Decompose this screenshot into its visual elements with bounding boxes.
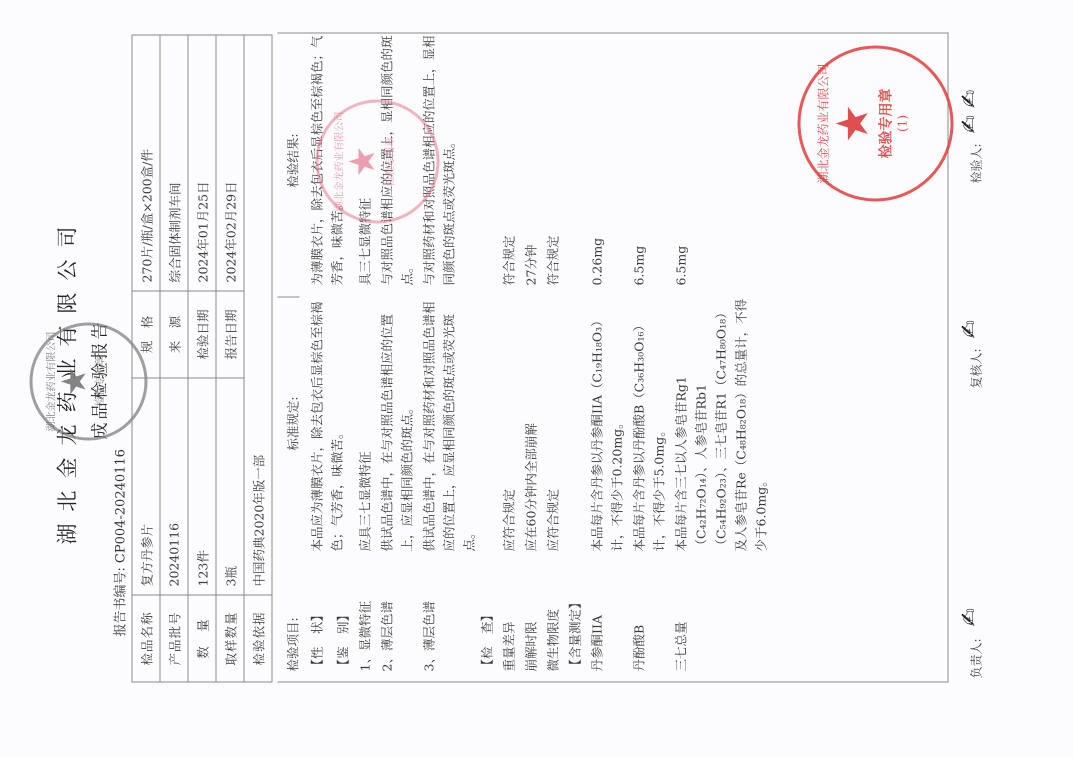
test-standard: 本品应为薄膜衣片，除去包衣后显棕色至棕褐色；气芳香，味微苦。 <box>308 296 348 552</box>
test-item: 2、薄层色谱 <box>378 562 398 672</box>
batch-number: 20240116 <box>160 378 188 595</box>
star-icon: ★ <box>58 326 92 438</box>
test-standard: 应符合规定 <box>544 296 564 552</box>
test-result: 6.5mg <box>672 36 692 286</box>
test-standard: 供试品色谱中，在与对照品色谱相应的位置上，应显相同颜色的斑点。 <box>378 296 418 552</box>
inspection-basis: 中国药典2020年版一部 <box>244 35 272 595</box>
reviewer-signature: ✍ <box>958 320 983 338</box>
test-item: 丹参酮IIA <box>588 562 608 672</box>
header-seal: 湖北金龙药业有限公司 ★ 检验专用章 <box>30 323 148 441</box>
test-result: 6.5mg <box>630 36 650 286</box>
report-date: 2024年02月29日 <box>216 35 244 291</box>
inspection-date: 2024年01月25日 <box>188 35 216 291</box>
column-header-item: 检验项目: <box>284 562 304 672</box>
test-item: 崩解时限 <box>522 562 542 672</box>
inspector-signature: ✍ ✍ <box>958 90 983 134</box>
column-header-result: 检验结果: <box>284 36 304 286</box>
test-result: 27分钟 <box>522 36 542 286</box>
source: 综合固体制剂车间 <box>160 35 188 291</box>
star-icon: ★ <box>832 49 876 199</box>
test-standard: 本品每片含丹参以丹酚酸B（C₃₆H₃₀O₁₆）计，不得少于5.0mg。 <box>630 296 670 552</box>
responsible-label: 负责人: <box>968 638 985 678</box>
test-item: 重量差异 <box>500 562 520 672</box>
quantity: 123件 <box>188 378 216 595</box>
spec: 270片/瓶/盒×200盒/件 <box>132 35 160 291</box>
test-result: 0.26mg <box>588 36 608 286</box>
test-standard: 应具三七显微特征 <box>356 296 376 552</box>
test-results-section: 检验项目: 标准规定: 检验结果: 【性 状】本品应为薄膜衣片，除去包衣后显棕色… <box>278 33 949 683</box>
inspector-label: 检验人: <box>968 143 985 183</box>
product-name: 复方丹参片 <box>132 378 160 595</box>
test-item: 三七总量 <box>672 562 692 672</box>
test-item: 【鉴 别】 <box>334 562 354 672</box>
product-info-table: 检品名称 复方丹参片 规 格 270片/瓶/盒×200盒/件 产品批号 2024… <box>132 35 273 683</box>
test-item: 3、薄层色谱 <box>420 562 440 672</box>
test-item: 微生物限度 <box>544 562 564 672</box>
test-standard: 应在60分钟内全部崩解 <box>522 296 542 552</box>
reviewer-label: 复核人: <box>968 348 985 388</box>
test-item: 【检 查】 <box>478 562 498 672</box>
test-standard: 供试品色谱中，在与对照药材和对照品色谱相应的位置上，应显相同颜色的斑点或荧光斑点… <box>420 296 480 552</box>
test-standard: 本品每片含三七以人参皂苷Rg1（C₄₂H₇₂O₁₄）、人参皂苷Rb1（C₅₄H₉… <box>672 296 772 552</box>
sample-quantity: 3瓶 <box>216 378 244 595</box>
result-seal: 湖北金龙药业有限公司 ★ 检验专用章 <box>316 100 440 224</box>
test-item: 丹酚酸B <box>630 562 650 672</box>
column-header-standard: 标准规定: <box>284 296 304 552</box>
star-icon: ★ <box>346 103 382 221</box>
responsible-signature: ✍ <box>958 608 983 626</box>
inspection-report-page: 湖北金龙药业有限公司 成品检验报告 湖北金龙药业有限公司 ★ 检验专用章 报告书… <box>0 1 1073 758</box>
test-result: 符合规定 <box>500 36 520 286</box>
test-standard: 本品每片含丹参以丹参酮IIA（C₁₉H₁₈O₃）计，不得少于0.20mg。 <box>588 296 628 552</box>
test-item: 1、显微特征 <box>356 562 376 672</box>
test-result: 符合规定 <box>544 36 564 286</box>
test-standard: 应符合规定 <box>500 296 520 552</box>
test-item: 【性 状】 <box>308 562 328 672</box>
test-item: 【含量测定】 <box>566 562 586 672</box>
inspection-seal: 湖北金龙药业有限公司 ★ 检验专用章 (1) <box>798 46 954 202</box>
report-number: 报告书编号:CP004-20240116 <box>110 449 129 640</box>
